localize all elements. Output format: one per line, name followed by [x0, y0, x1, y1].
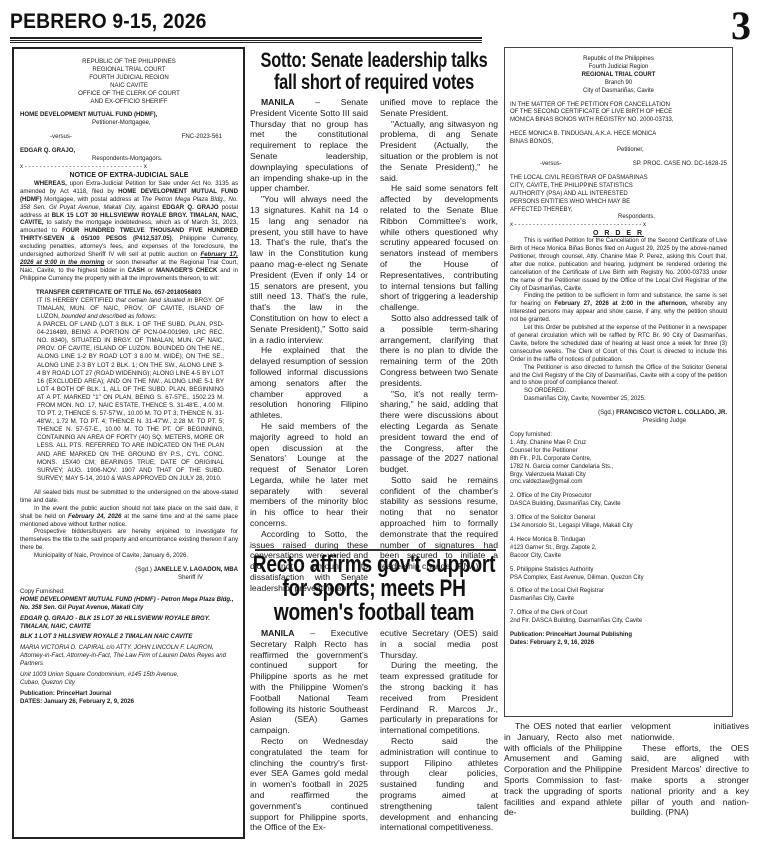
separator: x - - - - - - - - - - - - - - - - - - - …: [510, 222, 670, 230]
bids-paragraph: All sealed bids must be submitted to the…: [20, 489, 238, 505]
case-number: SP. PROC. CASE NO. DC-1628-25: [633, 161, 727, 169]
order-paragraph: Finding the petition to be sufficient in…: [510, 293, 727, 325]
article-headline: Sotto: Senate leadership talks fall shor…: [250, 50, 498, 94]
order-paragraph: Let this Order be published at the expen…: [510, 325, 727, 365]
article-column: ecutive Secretary (OES) said in a social…: [380, 628, 498, 833]
order-title: O R D E R: [510, 230, 727, 238]
copy-recipient: 6. Office of the Local Civil Registrar D…: [510, 588, 727, 604]
petition-matter: IN THE MATTER OF THE PETITION FOR CANCEL…: [510, 102, 727, 126]
copy-recipient: 4. Hece Monica B. Tindugan #123 Garner S…: [510, 537, 727, 561]
signatory-title: Presiding Judge: [510, 418, 727, 426]
court-header: REPUBLIC OF THE PHILIPPINES REGIONAL TRI…: [20, 58, 238, 105]
copy-recipient: BLK 1 LOT 3 HILLSVIEW ROYALE 2 TIMALAN N…: [20, 633, 238, 641]
copy-furnished-label: Copy Furnished:: [20, 588, 238, 596]
petitioner-name: HECE MONICA B. TINDUGAN, A.K.A. HECE MON…: [510, 131, 727, 147]
copy-recipient: 1. Atty. Chanine Mae P. Cruz Counsel for…: [510, 440, 727, 487]
respondents-role: Respondents.: [510, 214, 727, 222]
issue-date: PEBRERO 9-15, 2026: [10, 10, 207, 34]
respondents-list: THE LOCAL CIVIL REGISTRAR OF DASMARINAS …: [510, 175, 727, 215]
versus-label: -versus-: [540, 161, 562, 169]
place-date: Dasmariñas City, Cavite, November 25, 20…: [510, 396, 727, 404]
versus-label: -versus-: [50, 133, 72, 141]
prospective-paragraph: Prospective bidders/buyers are hereby en…: [20, 528, 238, 552]
article-column: The OES noted that earlier in January, R…: [504, 721, 622, 818]
respondent-role: Respondents-Mortgagors.: [20, 155, 238, 163]
court-order-notice: Republic of the Philippines Fourth Judic…: [504, 47, 733, 717]
copy-recipient: 7. Office of the Clerk of Court 2nd Flr.…: [510, 610, 727, 626]
respondent-name: EDGAR Q. GRAJO,: [20, 147, 238, 155]
notice-title: NOTICE OF EXTRA-JUDICIAL SALE: [20, 171, 238, 180]
extrajudicial-sale-notice: REPUBLIC OF THE PHILIPPINES REGIONAL TRI…: [12, 47, 245, 839]
masthead: PEBRERO 9-15, 2026 3: [10, 6, 755, 42]
signature: (Sgd.) FRANCISCO VICTOR L. COLLADO, JR.: [510, 410, 727, 418]
page-number: 3: [731, 2, 751, 49]
petitioner-role: Petitioner,: [510, 147, 727, 155]
court-header: Republic of the Philippines Fourth Judic…: [510, 56, 727, 96]
publication-dates: Dates: February 2, 9, 16, 2026: [510, 640, 727, 648]
copy-address: Unit 1003 Union Square Condominium, #145…: [20, 671, 238, 687]
so-ordered: SO ORDERED.: [510, 388, 727, 396]
event-paragraph: In the event the public auction should n…: [20, 505, 238, 529]
petitioner-role: Petitioner-Mortgagee,: [20, 119, 238, 127]
masthead-rule-thin: [10, 40, 482, 41]
article-headline: Recto affirms gov't support for sports; …: [250, 553, 498, 625]
masthead-rule-thin: [10, 42, 482, 43]
article-column: MANILA – Executive Secretary Ralph Recto…: [250, 628, 368, 833]
petitioner-name: HOME DEVELOPMENT MUTUAL FUND (HDMF),: [20, 111, 238, 119]
order-paragraph: The Petitioner is also directed to furni…: [510, 365, 727, 389]
copy-furnished-label: Copy furnished:: [510, 432, 727, 440]
article-column: unified move to replace the Senate Presi…: [380, 97, 498, 594]
copy-recipient: 3. Office of the Solicitor General 134 A…: [510, 515, 727, 531]
copy-recipient: 2. Office of the City Prosecutor DASCA B…: [510, 493, 727, 509]
copy-recipient: 5. Philippine Statistics Authority PSA C…: [510, 567, 727, 583]
publication-name: Publication: PrinceHart Journal Publishi…: [510, 632, 727, 640]
dateline: MANILA: [261, 628, 294, 638]
article-column: velopment initiatives nationwide. These …: [631, 721, 749, 818]
article-column: MANILA – Senate President Vicente Sotto …: [250, 97, 368, 594]
article-recto-continued: The OES noted that earlier in January, R…: [504, 721, 749, 818]
article-recto: Recto affirms gov't support for sports; …: [250, 553, 498, 833]
separator: x - - - - - - - - - - - - - - - - - - - …: [20, 163, 238, 171]
order-paragraph: This is verified Petition for the Cancel…: [510, 238, 727, 293]
tct-description: TRANSFER CERTIFICATE OF TITLE No. 057-20…: [20, 289, 238, 483]
signatory-title: Sheriff IV: [20, 574, 238, 582]
publication-dates: DATES: January 26, February 2, 9, 2026: [20, 698, 238, 706]
place-date: Municipality of Naic, Province of Cavite…: [20, 552, 238, 560]
dateline: MANILA: [261, 97, 294, 107]
tct-header: TRANSFER CERTIFICATE OF TITLE No. 057-20…: [36, 289, 224, 297]
article-sotto: Sotto: Senate leadership talks fall shor…: [250, 50, 498, 594]
copy-recipient: EDGAR Q. GRAJO - BLK 15 LOT 30 HILLSVIEW…: [20, 615, 238, 631]
notice-body: WHEREAS, upon Extra-Judicial Petition fo…: [20, 180, 238, 283]
case-number: FNC-2023-561: [182, 133, 222, 141]
signature: (Sgd.) JANELLE V. LAGADON, MBA: [20, 566, 238, 574]
masthead-rule: [10, 37, 482, 39]
publication-name: Publication: PrinceHart Journal: [20, 690, 238, 698]
copy-recipient: MARIA VICTORIA D. CAPIRAL c/o ATTY. JOHN…: [20, 644, 238, 668]
copy-recipient: HOME DEVELOPMENT MUTUAL FUND (HDMF) - Pe…: [20, 596, 238, 612]
